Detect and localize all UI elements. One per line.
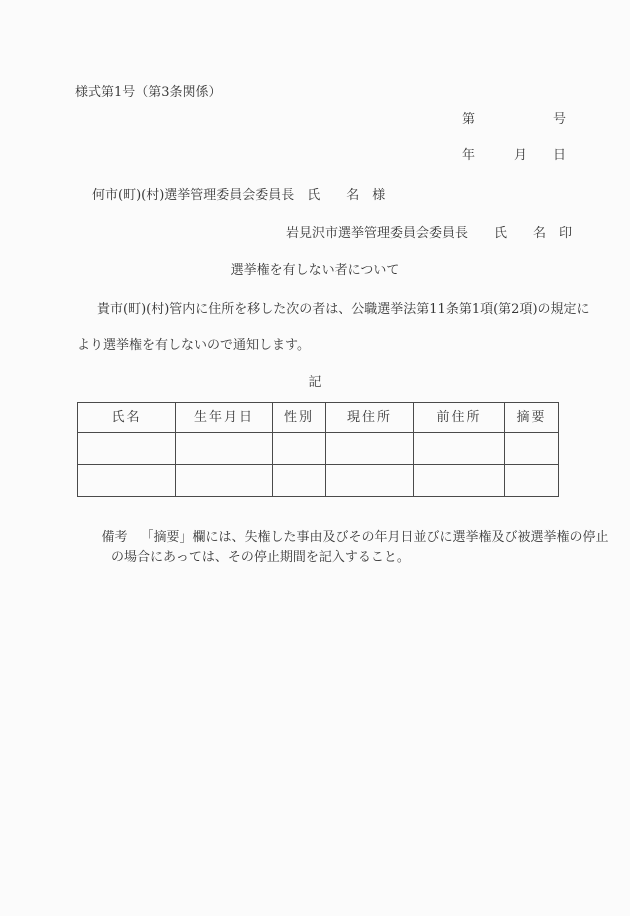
column-header-current-address: 現住所 [326, 403, 414, 433]
table-cell [326, 465, 414, 497]
sender-line: 岩見沢市選挙管理委員会委員長 氏 名 印 [286, 225, 572, 243]
table-cell [326, 433, 414, 465]
form-number-label: 様式第1号（第3条関係） [75, 84, 222, 102]
table-cell [505, 433, 559, 465]
column-header-remarks: 摘要 [505, 403, 559, 433]
column-header-sex: 性別 [273, 403, 326, 433]
table-cell [414, 433, 505, 465]
document-title: 選挙権を有しない者について [0, 262, 630, 280]
table-cell [176, 465, 273, 497]
remarks-note-text: 「摘要」欄には、失権した事由及びその年月日並びに選挙権及び被選挙権の停止 [141, 530, 609, 545]
table-cell [176, 433, 273, 465]
table-cell [273, 465, 326, 497]
table-cell [414, 465, 505, 497]
voter-notification-table: 氏名 生年月日 性別 現住所 前住所 摘要 [77, 402, 559, 497]
document-number-line: 第 号 [462, 111, 566, 129]
table-cell [505, 465, 559, 497]
table-cell [273, 433, 326, 465]
body-text-line-2: より選挙権を有しないので通知します。 [77, 337, 310, 355]
column-header-name: 氏名 [78, 403, 176, 433]
table-cell [78, 465, 176, 497]
document-page: 様式第1号（第3条関係） 第 号 年 月 日 何市(町)(村)選挙管理委員会委員… [0, 0, 630, 916]
column-header-birthdate: 生年月日 [176, 403, 273, 433]
body-text-line-1: 貴市(町)(村)管内に住所を移した次の者は、公職選挙法第11条第1項(第2項)の… [97, 301, 590, 319]
table-header-row: 氏名 生年月日 性別 現住所 前住所 摘要 [78, 403, 559, 433]
record-marker: 記 [0, 374, 630, 392]
column-header-previous-address: 前住所 [414, 403, 505, 433]
table-cell [78, 433, 176, 465]
date-line: 年 月 日 [462, 147, 566, 165]
table-row [78, 433, 559, 465]
table-row [78, 465, 559, 497]
remarks-note-line-2: の場合にあっては、その停止期間を記入すること。 [111, 549, 410, 567]
addressee-line: 何市(町)(村)選挙管理委員会委員長 氏 名 様 [92, 187, 385, 205]
remarks-note-label: 備考 [102, 530, 128, 545]
